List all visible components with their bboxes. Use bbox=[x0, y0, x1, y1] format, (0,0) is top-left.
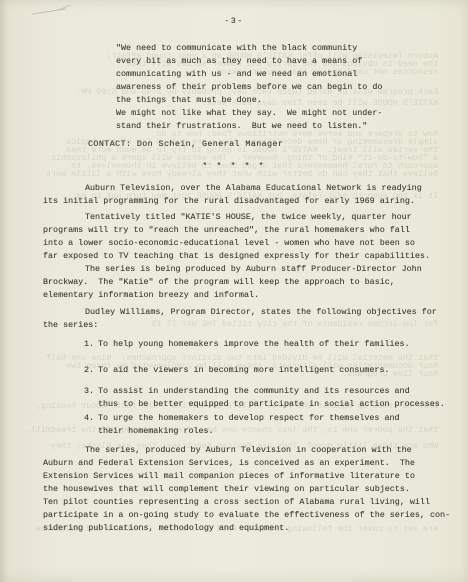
paragraph-experiment: The series, produced by Auburn Televisio… bbox=[43, 444, 443, 535]
text-line: thus to be better equipped to participat… bbox=[98, 398, 445, 411]
asterisk-separator: * * * * * bbox=[0, 160, 468, 173]
text-line: Dudley Williams, Program Director, state… bbox=[43, 306, 443, 319]
paragraph-producer: The series is being produced by Auburn s… bbox=[43, 263, 443, 302]
text-line: programs will try to "reach the unreache… bbox=[43, 224, 443, 237]
text-line: every bit as much as they need to have a… bbox=[116, 55, 382, 68]
text-line: Auburn and Federal Extension Services, i… bbox=[43, 457, 443, 470]
scanned-document-page: Auburn Television will offer KATIE'S HOU… bbox=[0, 0, 468, 582]
text-line: the things that must be done. bbox=[116, 94, 382, 107]
quote-paragraph-2: We might not like what they say. We migh… bbox=[116, 107, 382, 133]
page-number: -3- bbox=[0, 15, 468, 28]
text-line: Brockway. The "Katie" of the program wil… bbox=[43, 276, 443, 289]
text-line: stand their frustrations. But we need to… bbox=[116, 120, 382, 133]
text-line: the housewives that will complement thei… bbox=[43, 483, 443, 496]
objective-item-3: 3. To assist in understanding the commun… bbox=[84, 385, 445, 411]
text-line: To urge the homemakers to develop respec… bbox=[98, 412, 400, 425]
text-line: participate in a on-going study to evalu… bbox=[43, 509, 443, 522]
text-line: The series, produced by Auburn Televisio… bbox=[43, 444, 443, 457]
text-line: To help young homemakers improve the hea… bbox=[98, 338, 410, 351]
text-line: their homemaking roles. bbox=[98, 425, 400, 438]
objective-number: 4. bbox=[84, 412, 98, 438]
objective-number: 1. bbox=[84, 338, 98, 351]
text-line: elementary information breezy and inform… bbox=[43, 289, 443, 302]
objective-item-2: 2. To aid the viewers in becoming more i… bbox=[84, 364, 390, 377]
objective-item-1: 1. To help young homemakers improve the … bbox=[84, 338, 410, 351]
paragraph-katies-house: Tentatively titled "KATIE'S HOUSE, the t… bbox=[43, 211, 443, 263]
contact-line: CONTACT: Don Schein, General Manager bbox=[88, 138, 283, 151]
text-line: Tentatively titled "KATIE'S HOUSE, the t… bbox=[43, 211, 443, 224]
text-line: Auburn Television, over the Alabama Educ… bbox=[43, 182, 443, 195]
paragraph-objectives-intro: Dudley Williams, Program Director, state… bbox=[43, 306, 443, 332]
text-line: To assist in understanding the community… bbox=[98, 385, 445, 398]
text-line: Extension Services will mail companion p… bbox=[43, 470, 443, 483]
text-line: its initial programming for the rural di… bbox=[43, 195, 443, 208]
text-line: We might not like what they say. We migh… bbox=[116, 107, 382, 120]
text-line: "We need to communicate with the black c… bbox=[116, 42, 382, 55]
text-line: Ten pilot counties representing a cross … bbox=[43, 496, 443, 509]
text-line: far exposed to TV teaching that is desig… bbox=[43, 250, 443, 263]
objective-item-4: 4. To urge the homemakers to develop res… bbox=[84, 412, 400, 438]
objective-number: 2. bbox=[84, 364, 98, 377]
text-line: the series: bbox=[43, 319, 443, 332]
text-line: sidering publications, methodology and e… bbox=[43, 522, 443, 535]
objective-number: 3. bbox=[84, 385, 98, 411]
text-line: communicating with us - and we need an e… bbox=[116, 68, 382, 81]
text-line: The series is being produced by Auburn s… bbox=[43, 263, 443, 276]
text-line: awareness of their problems before we ca… bbox=[116, 81, 382, 94]
paragraph-auburn-television: Auburn Television, over the Alabama Educ… bbox=[43, 182, 443, 208]
text-line: into a lower socio-economic-educational … bbox=[43, 237, 443, 250]
text-line: To aid the viewers in becoming more inte… bbox=[98, 364, 390, 377]
quote-paragraph-1: "We need to communicate with the black c… bbox=[116, 42, 382, 107]
